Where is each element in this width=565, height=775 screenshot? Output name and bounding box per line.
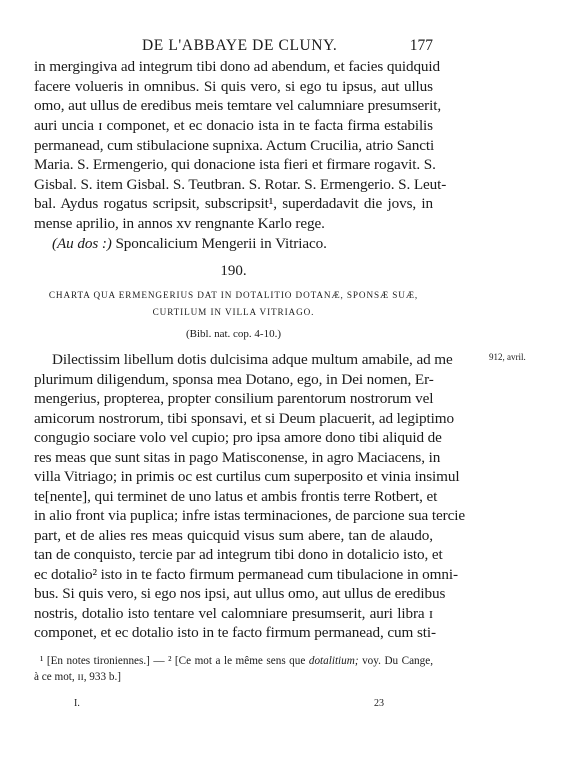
- footnote-line-1: ¹ [En notes tironiennes.] — ² [Ce mot a …: [40, 653, 433, 669]
- charter-number: 190.: [34, 263, 433, 280]
- text-line: part, et de alies res meas quicquid visu…: [34, 526, 433, 546]
- text-line: componet, et ec dotalio isto in te facto…: [34, 623, 433, 643]
- text-line: permanead, cum stibulacione supnixa. Act…: [34, 136, 433, 156]
- page-number: 177: [406, 37, 433, 55]
- charter-title-line-1: CHARTA QUA ERMENGERIUS DAT IN DOTALITIO …: [34, 290, 433, 300]
- endorsement-label: (Au dos :): [52, 235, 112, 252]
- text-line: nostris, dotalio isto tentare vel calomn…: [34, 604, 433, 624]
- text-line: in alio front via puplica; infre istas t…: [34, 506, 433, 526]
- running-title: DE L'ABBAYE DE CLUNY.: [142, 37, 337, 55]
- signature-right: 23: [374, 698, 384, 709]
- text-line: bus. Si quis vero, si ego nos ipsi, aut …: [34, 584, 433, 604]
- text-line: Gisbal. S. item Gisbal. S. Teutbran. S. …: [34, 175, 433, 195]
- signature-left: I.: [74, 698, 80, 709]
- text-line: ec dotalio² isto in te facto firmum perm…: [34, 565, 433, 585]
- text-line: Dilectissim libellum dotis dulcisima adq…: [52, 350, 433, 370]
- charter-title-line-2: CURTILUM IN VILLA VITRIAGO.: [34, 307, 433, 317]
- text-line: mense aprilio, in annos xv rengnante Kar…: [34, 214, 433, 234]
- text-line: tan de conquisto, tercie par ad integrum…: [34, 545, 433, 565]
- text-line: auri uncia ɪ componet, et ec donacio ist…: [34, 116, 433, 136]
- footnote-text: voy. Du Cange,: [359, 655, 433, 667]
- footnote-text: ¹ [En notes tironiennes.] — ² [Ce mot a …: [40, 655, 309, 667]
- text-line: Maria. S. Ermengerio, qui donacione ista…: [34, 155, 433, 175]
- charter-source: (Bibl. nat. cop. 4-10.): [34, 328, 433, 340]
- text-line: amicorum nostrorum, tibi sponsavi, et si…: [34, 409, 433, 429]
- footnote-italic: dotalitium;: [309, 655, 359, 667]
- text-line: res meas que sunt sitas in pago Matiscon…: [34, 448, 433, 468]
- text-line: villa Vitriago; in primis oc est curtilu…: [34, 467, 433, 487]
- text-line: congugio sociare volo vel cupio; pro ips…: [34, 428, 433, 448]
- text-line: in mergingiva ad integrum tibi dono ad a…: [34, 57, 433, 77]
- footnote-line-2: à ce mot, ɪɪ, 933 b.]: [34, 669, 433, 685]
- endorsement-text: Sponcalicium Mengerii in Vitriaco.: [112, 235, 327, 252]
- book-page: DE L'ABBAYE DE CLUNY. 177 in mergingiva …: [0, 0, 565, 775]
- text-line: mengerius, propterea, propter consilium …: [34, 389, 433, 409]
- text-line: plurimum diligendum, sponsa mea Dotano, …: [34, 370, 433, 390]
- margin-date: 912, avril.: [489, 352, 526, 362]
- text-line: omo, aut ullus de eredibus meis temtare …: [34, 96, 433, 116]
- text-line: bal. Aydus rogatus scripsit, subscripsit…: [34, 194, 433, 214]
- text-line: facere volueris in omnibus. Si quis vero…: [34, 77, 433, 97]
- text-line: te[nente], qui terminet de uno latus et …: [34, 487, 433, 507]
- endorsement: (Au dos :) Sponcalicium Mengerii in Vitr…: [52, 234, 433, 254]
